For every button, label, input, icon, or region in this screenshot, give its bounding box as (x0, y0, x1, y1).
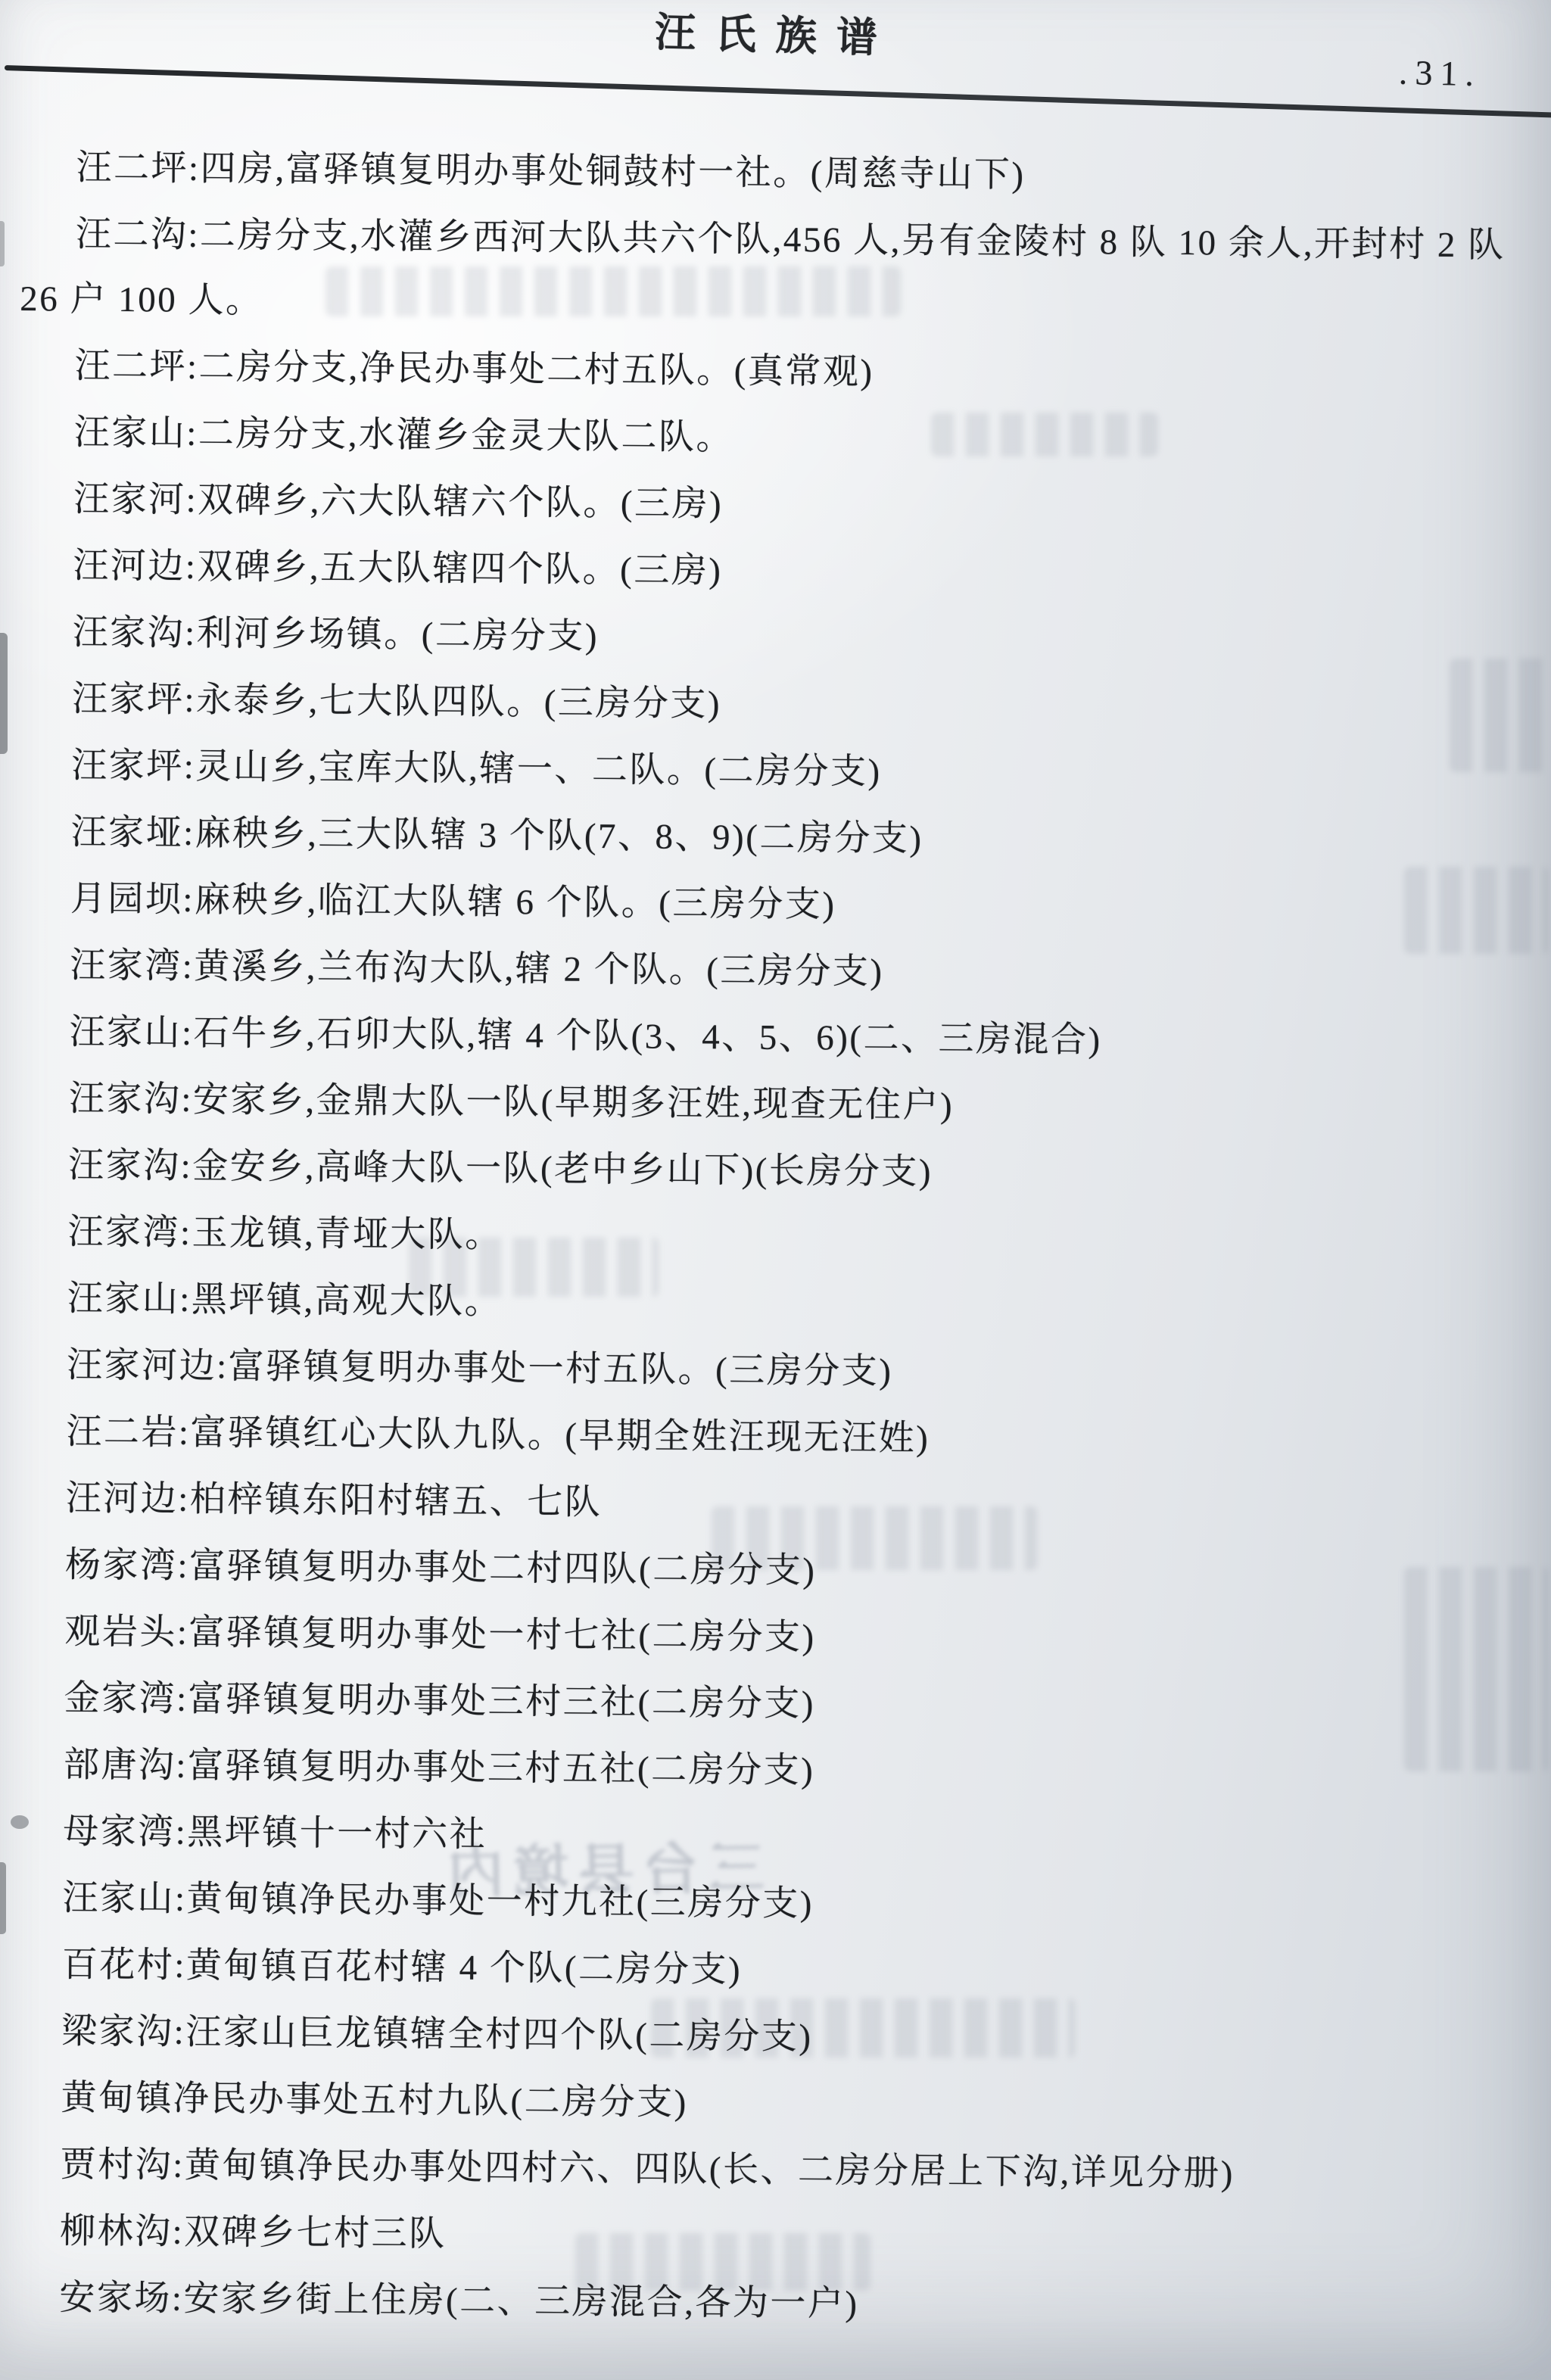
entry-line: 汪家河:双碑乡,六大队辖六个队。(三房) (18, 466, 1509, 543)
entry-line: 汪二坪:四房,富驿镇复明办事处铜鼓村一社。(周慈寺山下) (20, 135, 1512, 211)
entry-line: 汪二沟:二房分支,水灌乡西河大队共六个队,456 人,另有金陵村 8 队 10 … (20, 201, 1511, 343)
edge-mark (0, 221, 5, 266)
entry-line: 金家湾:富驿镇复明办事处三村三社(二房分支) (8, 1665, 1500, 1742)
entry-line: 杨家湾:富驿镇复明办事处二村四队(二房分支) (10, 1532, 1501, 1609)
entry-line: 汪家坪:灵山乡,宝库大队,辖一、二队。(二房分支) (16, 733, 1507, 809)
page-number: .31. (1398, 52, 1481, 95)
book-title: 汪氏族谱 (654, 0, 898, 64)
entry-line: 柳林沟:双碑乡七村三队 (5, 2198, 1496, 2275)
entry-line: 母家湾:黑坪镇十一村六社 (8, 1799, 1499, 1875)
entry-line: 汪二岩:富驿镇红心大队九队。(早期全姓汪现无汪姓) (11, 1399, 1502, 1475)
entry-line: 汪河边:双碑乡,五大队辖四个队。(三房) (17, 533, 1509, 609)
entry-line: 汪家山:石牛乡,石卯大队,辖 4 个队(3、4、5、6)(二、三房混合) (14, 999, 1505, 1076)
page-header: 汪氏族谱 .31. (0, 0, 1551, 132)
entry-line: 部唐沟:富驿镇复明办事处三村五社(二房分支) (8, 1732, 1500, 1808)
entry-line: 汪家湾:黄溪乡,兰布沟大队,辖 2 个队。(三房分支) (14, 933, 1506, 1009)
entry-line: 百花村:黄甸镇百花村辖 4 个队(二房分支) (7, 1932, 1498, 2008)
entry-line: 汪家垭:麻秧乡,三大队辖 3 个队(7、8、9)(二房分支) (15, 799, 1506, 876)
entry-line: 汪家湾:玉龙镇,青垭大队。 (12, 1199, 1503, 1276)
entry-line: 梁家沟:汪家山巨龙镇辖全村四个队(二房分支) (6, 1998, 1497, 2075)
entry-list: 汪二坪:四房,富驿镇复明办事处铜鼓村一社。(周慈寺山下) 汪二沟:二房分支,水灌… (4, 135, 1512, 2343)
entry-line: 贾村沟:黄甸镇净民办事处四村六、四队(长、二房分居上下沟,详见分册) (5, 2132, 1496, 2208)
entry-line: 汪家沟:安家乡,金鼎大队一队(早期多汪姓,现查无住户) (14, 1066, 1505, 1142)
entry-line: 汪家山:黄甸镇净民办事处一村九社(三房分支) (7, 1865, 1498, 1942)
entry-line: 汪家沟:利河乡场镇。(二房分支) (17, 600, 1509, 676)
edge-mark (0, 633, 8, 754)
header-rule (5, 65, 1551, 119)
entry-line: 观岩头:富驿镇复明办事处一村七社(二房分支) (9, 1599, 1500, 1675)
entry-line: 安家场:安家乡街上住房(二、三房混合,各为一户) (4, 2265, 1495, 2341)
entry-line: 月园坝:麻秧乡,临江大队辖 6 个队。(三房分支) (15, 866, 1506, 942)
entry-line: 汪家河边:富驿镇复明办事处一村五队。(三房分支) (11, 1332, 1503, 1409)
entry-line: 汪河边:柏梓镇东阳村辖五、七队 (11, 1466, 1502, 1542)
entry-line: 汪家山:二房分支,水灌乡金灵大队二队。 (19, 400, 1510, 476)
scanned-page: 三台县境内 汪氏族谱 .31. 汪二坪:四房,富驿镇复明办事处铜鼓村一社。(周慈… (0, 0, 1551, 2380)
entry-line: 黄甸镇净民办事处五村九队(二房分支) (5, 2065, 1496, 2142)
entry-line: 汪二坪:二房分支,净民办事处二村五队。(真常观) (19, 333, 1510, 410)
entry-line: 汪家坪:永泰乡,七大队四队。(三房分支) (17, 666, 1508, 743)
entry-line: 汪家沟:金安乡,高峰大队一队(老中乡山下)(长房分支) (13, 1132, 1504, 1209)
edge-mark (0, 1862, 6, 1934)
entry-line: 汪家山:黑坪镇,高观大队。 (12, 1266, 1503, 1342)
